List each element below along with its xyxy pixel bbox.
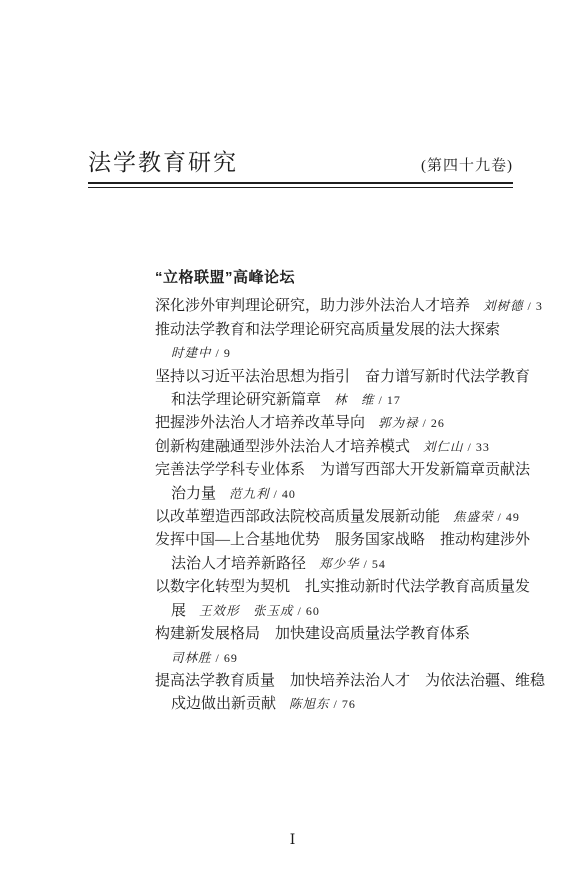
toc-entry-page: / 33 xyxy=(464,440,490,454)
toc-entry: 坚持以习近平法治思想为指引 奋力谱写新时代法学教育和法学理论研究新篇章林 维 /… xyxy=(155,366,530,413)
toc-entry-title: 治力量 xyxy=(171,486,216,502)
toc-entry: 发挥中国—上合基地优势 服务国家战略 推动构建涉外法治人才培养新路径郑少华 / … xyxy=(155,529,530,576)
toc-entry: 完善法学学科专业体系 为谱写西部大开发新篇章贡献法治力量范九利 / 40 xyxy=(155,459,530,506)
toc-entry-line: 深化涉外审判理论研究，助力涉外法治人才培养刘树德 / 3 xyxy=(155,295,530,318)
toc-entry-author: 王效形 张玉成 xyxy=(199,604,294,618)
toc-entry-page: / 60 xyxy=(294,604,320,618)
toc-entry-byline: 司林胜 / 69 xyxy=(171,650,238,666)
toc-entry-line: 戍边做出新贡献陈旭东 / 76 xyxy=(155,693,530,716)
toc-entry-page: / 54 xyxy=(360,557,386,571)
toc-section-title: “立格联盟”高峰论坛 xyxy=(155,266,530,289)
toc-entry: 提高法学教育质量 加快培养法治人才 为依法治疆、维稳戍边做出新贡献陈旭东 / 7… xyxy=(155,670,530,717)
toc-entry-line: 以数字化转型为契机 扎实推动新时代法学教育高质量发 xyxy=(155,576,530,599)
toc-entry-line: 创新构建融通型涉外法治人才培养模式刘仁山 / 33 xyxy=(155,436,530,459)
toc-entry-title: 推动法学教育和法学理论研究高质量发展的法大探索 xyxy=(155,322,500,338)
toc-entry-title: 和法学理论研究新篇章 xyxy=(171,392,321,408)
toc-entry-title: 戍边做出新贡献 xyxy=(171,696,276,712)
toc-entry-line: 展王效形 张玉成 / 60 xyxy=(155,600,530,623)
toc-entry-page: / 49 xyxy=(494,510,520,524)
toc-entry-line: 以改革塑造西部政法院校高质量发展新动能焦盛荣 / 49 xyxy=(155,506,530,529)
toc-entry-line: 提高法学教育质量 加快培养法治人才 为依法治疆、维稳 xyxy=(155,670,530,693)
page-header: 法学教育研究 (第四十九卷) xyxy=(88,144,513,177)
toc-entry-page: / 3 xyxy=(524,299,543,313)
toc-entry-title: 展 xyxy=(171,603,186,619)
toc-entry-byline: 刘树德 / 3 xyxy=(483,298,543,314)
toc-entry-line: 完善法学学科专业体系 为谱写西部大开发新篇章贡献法 xyxy=(155,459,530,482)
toc-entry-page: / 69 xyxy=(212,651,238,665)
toc-entry-line: 把握涉外法治人才培养改革导向郭为禄 / 26 xyxy=(155,412,530,435)
toc-entry-title: 深化涉外审判理论研究，助力涉外法治人才培养 xyxy=(155,298,470,314)
toc: “立格联盟”高峰论坛 深化涉外审判理论研究，助力涉外法治人才培养刘树德 / 3 … xyxy=(155,266,530,717)
toc-entry-title: 坚持以习近平法治思想为指引 奋力谱写新时代法学教育 xyxy=(155,369,530,385)
toc-entry-author: 焦盛荣 xyxy=(453,510,494,524)
toc-entry-title: 以数字化转型为契机 扎实推动新时代法学教育高质量发 xyxy=(155,579,530,595)
toc-entry-byline: 林 维 / 17 xyxy=(334,392,401,408)
journal-title: 法学教育研究 xyxy=(88,144,238,177)
toc-entry: 深化涉外审判理论研究，助力涉外法治人才培养刘树德 / 3 xyxy=(155,295,530,318)
toc-entry-title: 法治人才培养新路径 xyxy=(171,556,306,572)
toc-entry-author: 林 维 xyxy=(334,393,375,407)
toc-entry-title: 发挥中国—上合基地优势 服务国家战略 推动构建涉外 xyxy=(155,532,530,548)
toc-entry-byline: 郭为禄 / 26 xyxy=(378,415,445,431)
toc-entry-line: 坚持以习近平法治思想为指引 奋力谱写新时代法学教育 xyxy=(155,366,530,389)
toc-entry-title: 提高法学教育质量 加快培养法治人才 为依法治疆、维稳 xyxy=(155,673,545,689)
toc-entry-line: 推动法学教育和法学理论研究高质量发展的法大探索 xyxy=(155,319,530,342)
toc-entry-byline: 时建中 / 9 xyxy=(171,345,231,361)
toc-entry-title: 以改革塑造西部政法院校高质量发展新动能 xyxy=(155,509,440,525)
toc-entry-author: 郑少华 xyxy=(319,557,360,571)
toc-entry-page: / 9 xyxy=(212,346,231,360)
toc-entry-byline: 陈旭东 / 76 xyxy=(289,696,356,712)
toc-entry-byline: 范九利 / 40 xyxy=(229,486,296,502)
toc-entry-author: 陈旭东 xyxy=(289,697,330,711)
toc-entry-title: 完善法学学科专业体系 为谱写西部大开发新篇章贡献法 xyxy=(155,462,530,478)
toc-entry-page: / 17 xyxy=(375,393,401,407)
toc-entry-line: 治力量范九利 / 40 xyxy=(155,483,530,506)
page-number-footer: Ⅰ xyxy=(0,832,585,849)
toc-entry-page: / 26 xyxy=(419,416,445,430)
page: 法学教育研究 (第四十九卷) “立格联盟”高峰论坛 深化涉外审判理论研究，助力涉… xyxy=(0,0,585,869)
toc-entry-byline: 焦盛荣 / 49 xyxy=(453,509,520,525)
toc-entry-byline: 刘仁山 / 33 xyxy=(423,439,490,455)
header-rule xyxy=(88,182,513,188)
toc-entry-author-line: 时建中 / 9 xyxy=(155,342,530,365)
toc-entry-byline: 王效形 张玉成 / 60 xyxy=(199,603,320,619)
toc-entry: 以数字化转型为契机 扎实推动新时代法学教育高质量发展王效形 张玉成 / 60 xyxy=(155,576,530,623)
toc-entry: 创新构建融通型涉外法治人才培养模式刘仁山 / 33 xyxy=(155,436,530,459)
toc-entry-author: 司林胜 xyxy=(171,651,212,665)
toc-entry-author: 郭为禄 xyxy=(378,416,419,430)
toc-entry: 构建新发展格局 加快建设高质量法学教育体系司林胜 / 69 xyxy=(155,623,530,670)
toc-list: 深化涉外审判理论研究，助力涉外法治人才培养刘树德 / 3 推动法学教育和法学理论… xyxy=(155,295,530,716)
toc-entry-author: 刘仁山 xyxy=(423,440,464,454)
toc-entry-title: 创新构建融通型涉外法治人才培养模式 xyxy=(155,439,410,455)
toc-entry-line: 构建新发展格局 加快建设高质量法学教育体系 xyxy=(155,623,530,646)
toc-entry-author: 时建中 xyxy=(171,346,212,360)
toc-entry-title: 构建新发展格局 加快建设高质量法学教育体系 xyxy=(155,626,470,642)
toc-entry-byline: 郑少华 / 54 xyxy=(319,556,386,572)
toc-entry: 以改革塑造西部政法院校高质量发展新动能焦盛荣 / 49 xyxy=(155,506,530,529)
toc-entry-line: 和法学理论研究新篇章林 维 / 17 xyxy=(155,389,530,412)
toc-entry-page: / 76 xyxy=(330,697,356,711)
toc-entry-title: 把握涉外法治人才培养改革导向 xyxy=(155,415,365,431)
toc-entry-author: 范九利 xyxy=(229,487,270,501)
toc-entry-line: 发挥中国—上合基地优势 服务国家战略 推动构建涉外 xyxy=(155,529,530,552)
toc-entry-author-line: 司林胜 / 69 xyxy=(155,647,530,670)
toc-entry: 推动法学教育和法学理论研究高质量发展的法大探索时建中 / 9 xyxy=(155,319,530,366)
toc-entry-page: / 40 xyxy=(270,487,296,501)
volume-label: (第四十九卷) xyxy=(421,154,513,175)
toc-entry-line: 法治人才培养新路径郑少华 / 54 xyxy=(155,553,530,576)
toc-entry: 把握涉外法治人才培养改革导向郭为禄 / 26 xyxy=(155,412,530,435)
toc-entry-author: 刘树德 xyxy=(483,299,524,313)
